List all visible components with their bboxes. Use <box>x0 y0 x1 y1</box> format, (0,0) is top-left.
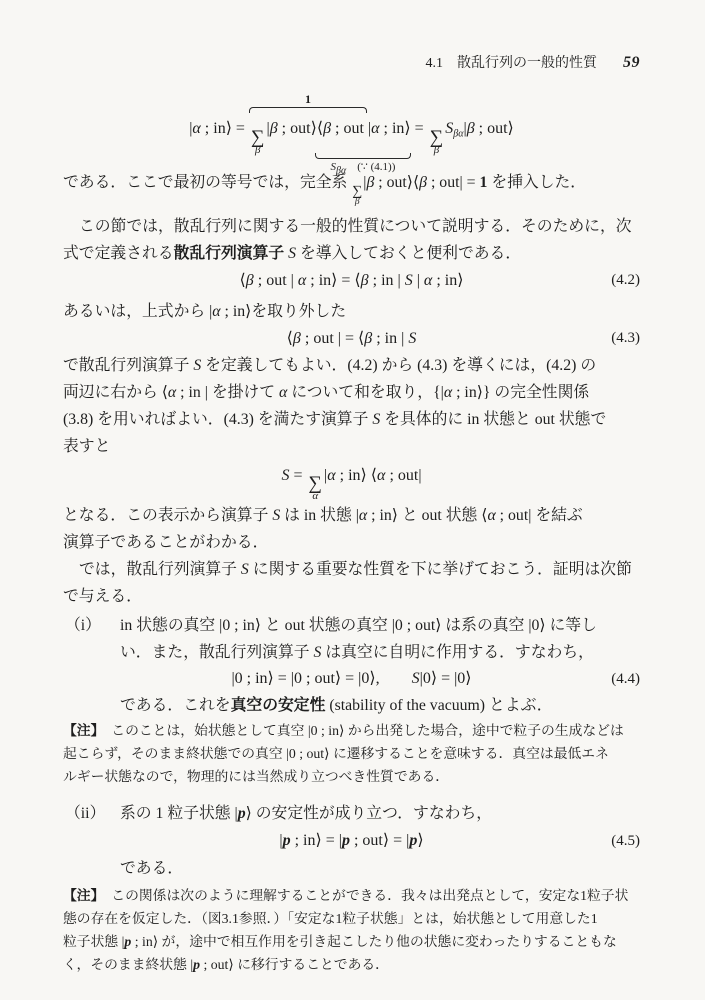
eq1-braced-group: 1∑β|β ; out⟩⟨β ; out |α ; in⟩Sβα (∵ (4.1… <box>249 114 411 156</box>
body-line: 両辺に右から ⟨α ; in | を掛けて α について和を取り，{|α ; i… <box>63 379 640 406</box>
note-line: 【注】 このことは，始状態として真空 |0 ; in⟩ から出発した場合，途中で… <box>63 719 640 742</box>
equation-s-operator: S = ∑α|α ; in⟩ ⟨α ; out| <box>63 460 640 503</box>
equation-4-4: |0 ; in⟩ = |0 ; out⟩ = |0⟩, S|0⟩ = |0⟩(4… <box>63 666 640 692</box>
equation-body: |0 ; in⟩ = |0 ; out⟩ = |0⟩, S|0⟩ = |0⟩ <box>231 670 471 687</box>
underbrace-label: Sβα (∵ (4.1)) <box>315 161 410 178</box>
textbook-page: 4.1 散乱行列の一般的性質 59 |α ; in⟩ = 1∑β|β ; out… <box>0 0 705 1000</box>
overbrace-line <box>249 107 367 113</box>
body-line: この節では，散乱行列に関する一般的性質について説明する．そのために，次 <box>63 213 640 240</box>
body-line: では，散乱行列演算子 S に関する重要な性質を下に挙げておこう．証明は次節 <box>63 556 640 583</box>
note-line: 態の存在を仮定した．（図3.1参照．）「安定な1粒子状態」とは，始状態として用意… <box>63 907 640 930</box>
equation-body: ⟨β ; out | α ; in⟩ = ⟨β ; in | S | α ; i… <box>240 272 464 289</box>
note-block-1: 【注】 このことは，始状態として真空 |0 ; in⟩ から出発した場合，途中で… <box>63 719 640 788</box>
body-line: あるいは，上式から |α ; in⟩を取り外した <box>63 298 640 325</box>
eq1-tail: = ∑βSβα|β ; out⟩ <box>411 120 514 137</box>
note-line: ルギー状態なので，物理的には当然成り立つべき性質である． <box>63 765 640 788</box>
equation-completeness-expansion: |α ; in⟩ = 1∑β|β ; out⟩⟨β ; out |α ; in⟩… <box>63 114 640 156</box>
eq1-part-a: ∑β|β ; out⟩ <box>249 120 317 137</box>
note-line: 【注】 この関係は次のように理解することができる．我々は出発点として，安定な1粒… <box>63 884 640 907</box>
list-item-i: （i） in 状態の真空 |0 ; in⟩ と out 状態の真空 |0 ; o… <box>63 612 640 666</box>
equation-number: (4.3) <box>611 325 640 352</box>
body-line: (3.8) を用いればよい．(4.3) を満たす演算子 S を具体的に in 状… <box>63 406 640 433</box>
body-line: 表すと <box>63 433 640 460</box>
eq1-part-c: α ; in⟩ <box>371 120 411 137</box>
note-block-2: 【注】 この関係は次のように理解することができる．我々は出発点として，安定な1粒… <box>63 884 640 976</box>
note-line: く，そのまま終状態 |p ; out⟩ に移行することである． <box>63 953 640 976</box>
eq1-lead: |α ; in⟩ = <box>189 120 249 137</box>
body-line: で与える． <box>63 583 640 610</box>
equation-4-3: ⟨β ; out | = ⟨β ; in | S(4.3) <box>63 325 640 352</box>
body-line: 演算子であることがわかる． <box>63 529 640 556</box>
list-item-ii-label: （ii） <box>65 800 105 827</box>
eq1-part-b: ⟨β ; out | <box>317 120 371 137</box>
list-item-ii: （ii） 系の 1 粒子状態 |p⟩ の安定性が成り立つ．すなわち， <box>63 800 640 827</box>
equation-body: S = ∑α|α ; in⟩ ⟨α ; out| <box>281 467 421 484</box>
body-line: in 状態の真空 |0 ; in⟩ と out 状態の真空 |0 ; out⟩ … <box>120 612 640 639</box>
running-section-title: 4.1 散乱行列の一般的性質 <box>426 53 598 75</box>
underbrace-line <box>315 153 410 159</box>
equation-4-2: ⟨β ; out | α ; in⟩ = ⟨β ; in | S | α ; i… <box>63 267 640 294</box>
body-line: 式で定義される散乱行列演算子 S を導入しておくと便利である． <box>63 240 640 267</box>
note-line: 粒子状態 |p ; in⟩ が，途中で相互作用を引き起こしたり他の状態に変わった… <box>63 930 640 953</box>
overbrace-label: 1 <box>249 93 367 105</box>
equation-body: |p ; in⟩ = |p ; out⟩ = |p⟩ <box>279 832 423 849</box>
body-line: となる．この表示から演算子 S は in 状態 |α ; in⟩ と out 状… <box>63 502 640 529</box>
equation-4-5: |p ; in⟩ = |p ; out⟩ = |p⟩(4.5) <box>63 827 640 855</box>
body-line: 系の 1 粒子状態 |p⟩ の安定性が成り立つ．すなわち， <box>120 800 640 827</box>
underbrace: Sβα (∵ (4.1)) <box>315 153 410 178</box>
running-header: 4.1 散乱行列の一般的性質 59 <box>63 0 640 74</box>
page-number: 59 <box>623 52 640 74</box>
note-line: 起こらず，そのまま終状態での真空 |0 ; out⟩ に遷移することを意味する．… <box>63 742 640 765</box>
equation-body: ⟨β ; out | = ⟨β ; in | S <box>287 330 417 347</box>
page-content: 4.1 散乱行列の一般的性質 59 |α ; in⟩ = 1∑β|β ; out… <box>63 0 640 976</box>
body-line: で散乱行列演算子 S を定義してもよい．(4.2) から (4.3) を導くには… <box>63 352 640 379</box>
equation-number: (4.4) <box>611 666 640 692</box>
equation-number: (4.5) <box>611 827 640 855</box>
overbrace: 1 <box>249 93 367 113</box>
body-line: である．これを真空の安定性 (stability of the vacuum) … <box>63 692 640 719</box>
list-item-i-label: （i） <box>65 612 101 639</box>
body-line: い．また，散乱行列演算子 S は真空に自明に作用する．すなわち， <box>120 639 640 666</box>
equation-number: (4.2) <box>611 267 640 294</box>
body-line: である． <box>63 855 640 882</box>
